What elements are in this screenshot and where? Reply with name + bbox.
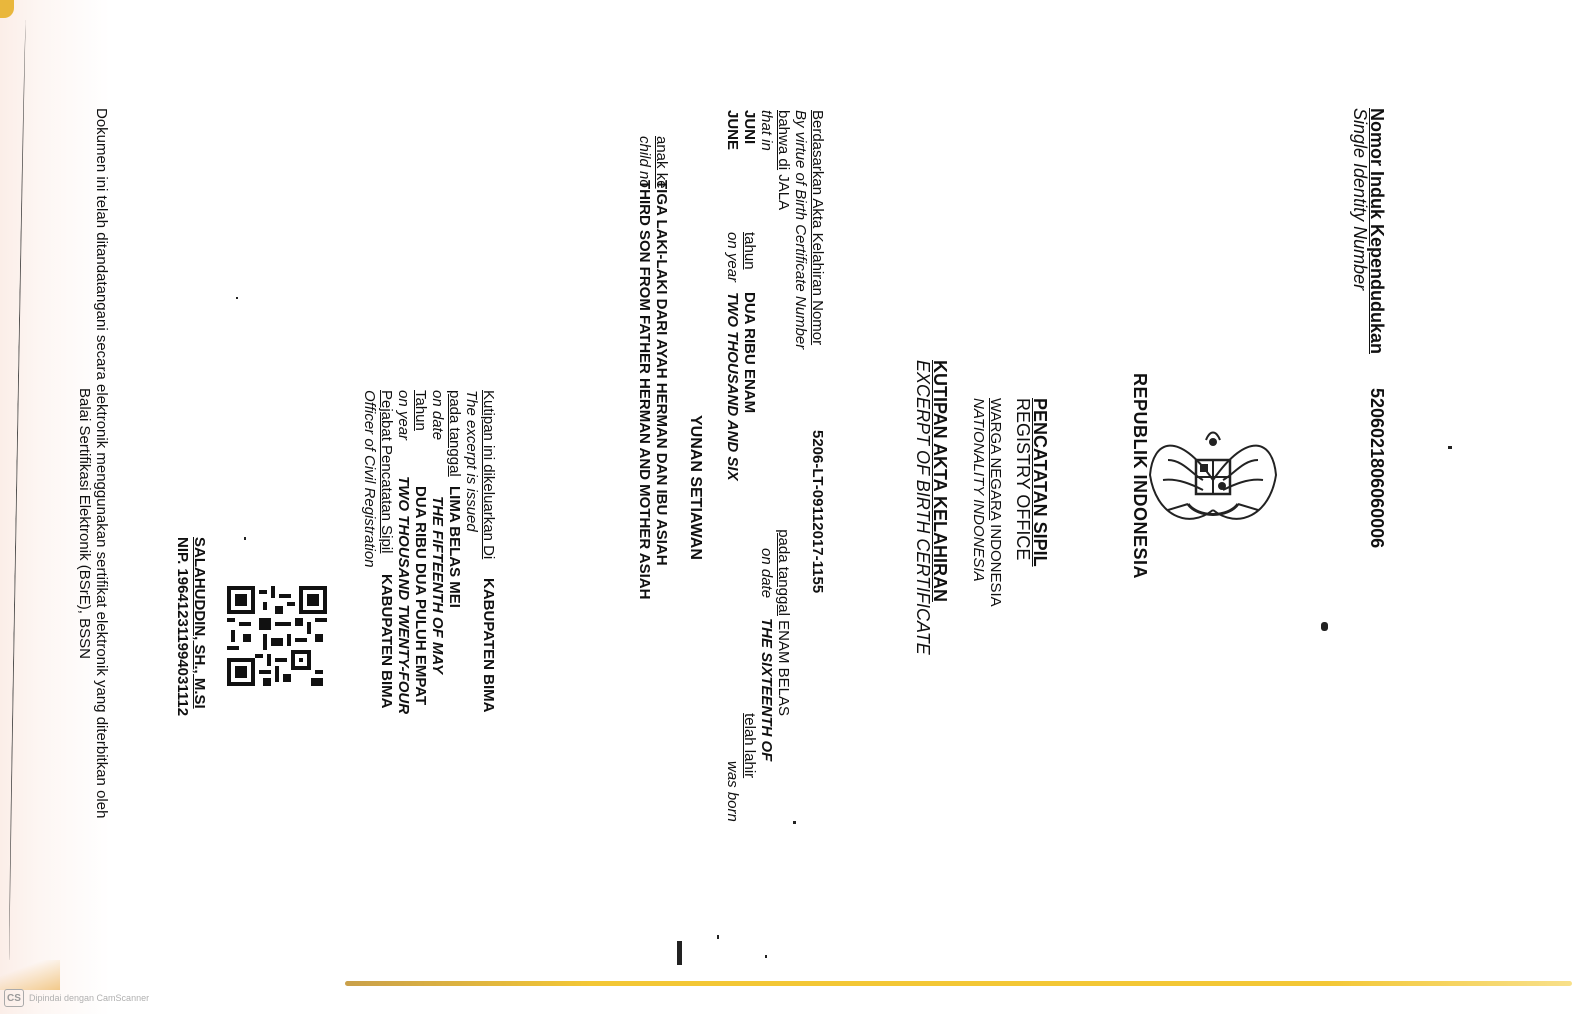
country-heading: REPUBLIK INDONESIA (1129, 373, 1150, 579)
born-label: telah lahir (741, 713, 758, 778)
year-label: tahun (741, 232, 758, 292)
child-order-value: TIGA LAKI-LAKI DARI AYAH HERMAN DAN IBU … (653, 180, 670, 566)
officer-label-en: Officer of Civil Registration (361, 390, 378, 714)
issued-date-en: THE FIFTEENTH OF MAY (429, 496, 446, 674)
nik-label: Nomor Induk Kependudukan (1368, 108, 1385, 388)
scanner-watermark: CS Dipindai dengan CamScanner (4, 989, 149, 1007)
speck (1321, 622, 1328, 631)
place-label-en: that in (758, 110, 775, 548)
speck (1448, 446, 1452, 449)
office-name-en: REGISTRY OFFICE (1014, 398, 1031, 607)
place-value: JALA (775, 174, 792, 529)
speck (677, 941, 682, 965)
garuda-emblem-icon (1148, 420, 1278, 535)
child-order-label: anak ke (653, 136, 670, 180)
document-title-en: EXCERPT OF BIRTH CERTIFICATE (914, 360, 931, 655)
issued-date-label-en: on date (429, 390, 446, 496)
speck (717, 935, 719, 939)
issued-date: LIMA BELAS MEI (446, 486, 463, 608)
paper-corner-shadow (0, 960, 60, 990)
issued-year-label: Tahun (412, 390, 429, 486)
month-value: JUNI (741, 110, 758, 232)
child-order-label-en: child no (636, 136, 653, 180)
office-block: PENCATATAN SIPIL REGISTRY OFFICE WARGA N… (970, 398, 1048, 607)
signer-nip: NIP. 196412311994031112 (174, 537, 191, 716)
cert-number: 5206-LT-09112017-1155 (809, 430, 826, 593)
signer-block: SALAHUDDIN, SH., M.SI NIP. 1964123119940… (174, 537, 208, 716)
child-order-block: anak keTIGA LAKI-LAKI DARI AYAH HERMAN D… (636, 136, 670, 599)
officer-label: Pejabat Pencatatan Sipil (378, 390, 395, 574)
nik-value: 5206021806060006 (1367, 388, 1387, 548)
signer-name: SALAHUDDIN, SH., M.SI (191, 537, 208, 716)
month-value-en: JUNE (724, 110, 741, 232)
year-label-en: on year (724, 232, 741, 292)
speck (765, 955, 767, 958)
document-title: KUTIPAN AKTA KELAHIRAN (931, 360, 948, 655)
citizenship-label: WARGA NEGARA (987, 398, 1004, 520)
speck (244, 537, 246, 540)
esign-note: Dokumen ini telah ditandatangani secara … (76, 108, 110, 818)
citizenship-value-en: INDONESIA (970, 499, 987, 582)
place-label: bahwa di (775, 110, 792, 170)
nik-block: Nomor Induk Kependudukan5206021806060006… (1351, 108, 1385, 548)
issued-year-en: TWO THOUSAND TWENTY-FOUR (395, 476, 412, 714)
issued-label: Kutipan ini dikeluarkan Di (480, 390, 497, 578)
year-value-en: TWO THOUSAND AND SIX (724, 292, 741, 761)
child-name: YUNAN SETIAWAN (686, 415, 704, 560)
scanner-watermark-text: Dipindai dengan CamScanner (29, 993, 149, 1003)
cert-number-label-en: By virtue of Birth Certificate Number (792, 110, 809, 822)
qr-code-icon (226, 586, 328, 686)
title-block: KUTIPAN AKTA KELAHIRAN EXCERPT OF BIRTH … (914, 360, 948, 655)
citizenship-value: INDONESIA (987, 524, 1004, 607)
office-name: PENCATATAN SIPIL (1031, 398, 1048, 607)
date-label-en: on date (758, 548, 775, 618)
esign-note-line2: Balai Sertifikasi Elektronik (BSrE), BSS… (76, 108, 93, 818)
cert-block: Berdasarkan Akta Kelahiran Nomor5206-LT-… (724, 110, 826, 822)
year-value: DUA RIBU ENAM (741, 292, 758, 413)
issued-date-label: pada tanggal (446, 390, 463, 486)
citizenship-label-en: NATIONALITY (970, 398, 987, 495)
cert-number-label: Berdasarkan Akta Kelahiran Nomor (809, 110, 826, 430)
issued-year: DUA RIBU DUA PULUH EMPAT (412, 486, 429, 705)
gold-border-strip (345, 981, 1572, 986)
date-label: pada tanggal (775, 529, 792, 616)
officer-office: KABUPATEN BIMA (378, 574, 395, 708)
esign-note-line1: Dokumen ini telah ditandatangani secara … (93, 108, 110, 818)
date-value-en: THE SIXTEENTH OF (758, 618, 775, 761)
issued-block: Kutipan ini dikeluarkan DiKABUPATEN BIMA… (361, 390, 497, 714)
issued-place: KABUPATEN BIMA (480, 578, 497, 712)
date-value: ENAM BELAS (775, 620, 792, 716)
speck (236, 297, 238, 299)
child-order-value-en: THIRD SON FROM FATHER HERMAN AND MOTHER … (636, 180, 653, 599)
issued-year-label-en: on year (395, 390, 412, 476)
born-label-en: was born (724, 761, 741, 822)
issued-label-en: The excerpt is issued (463, 390, 480, 714)
nik-label-en: Single Identity Number (1350, 108, 1370, 290)
camscanner-logo-icon: CS (4, 989, 24, 1007)
